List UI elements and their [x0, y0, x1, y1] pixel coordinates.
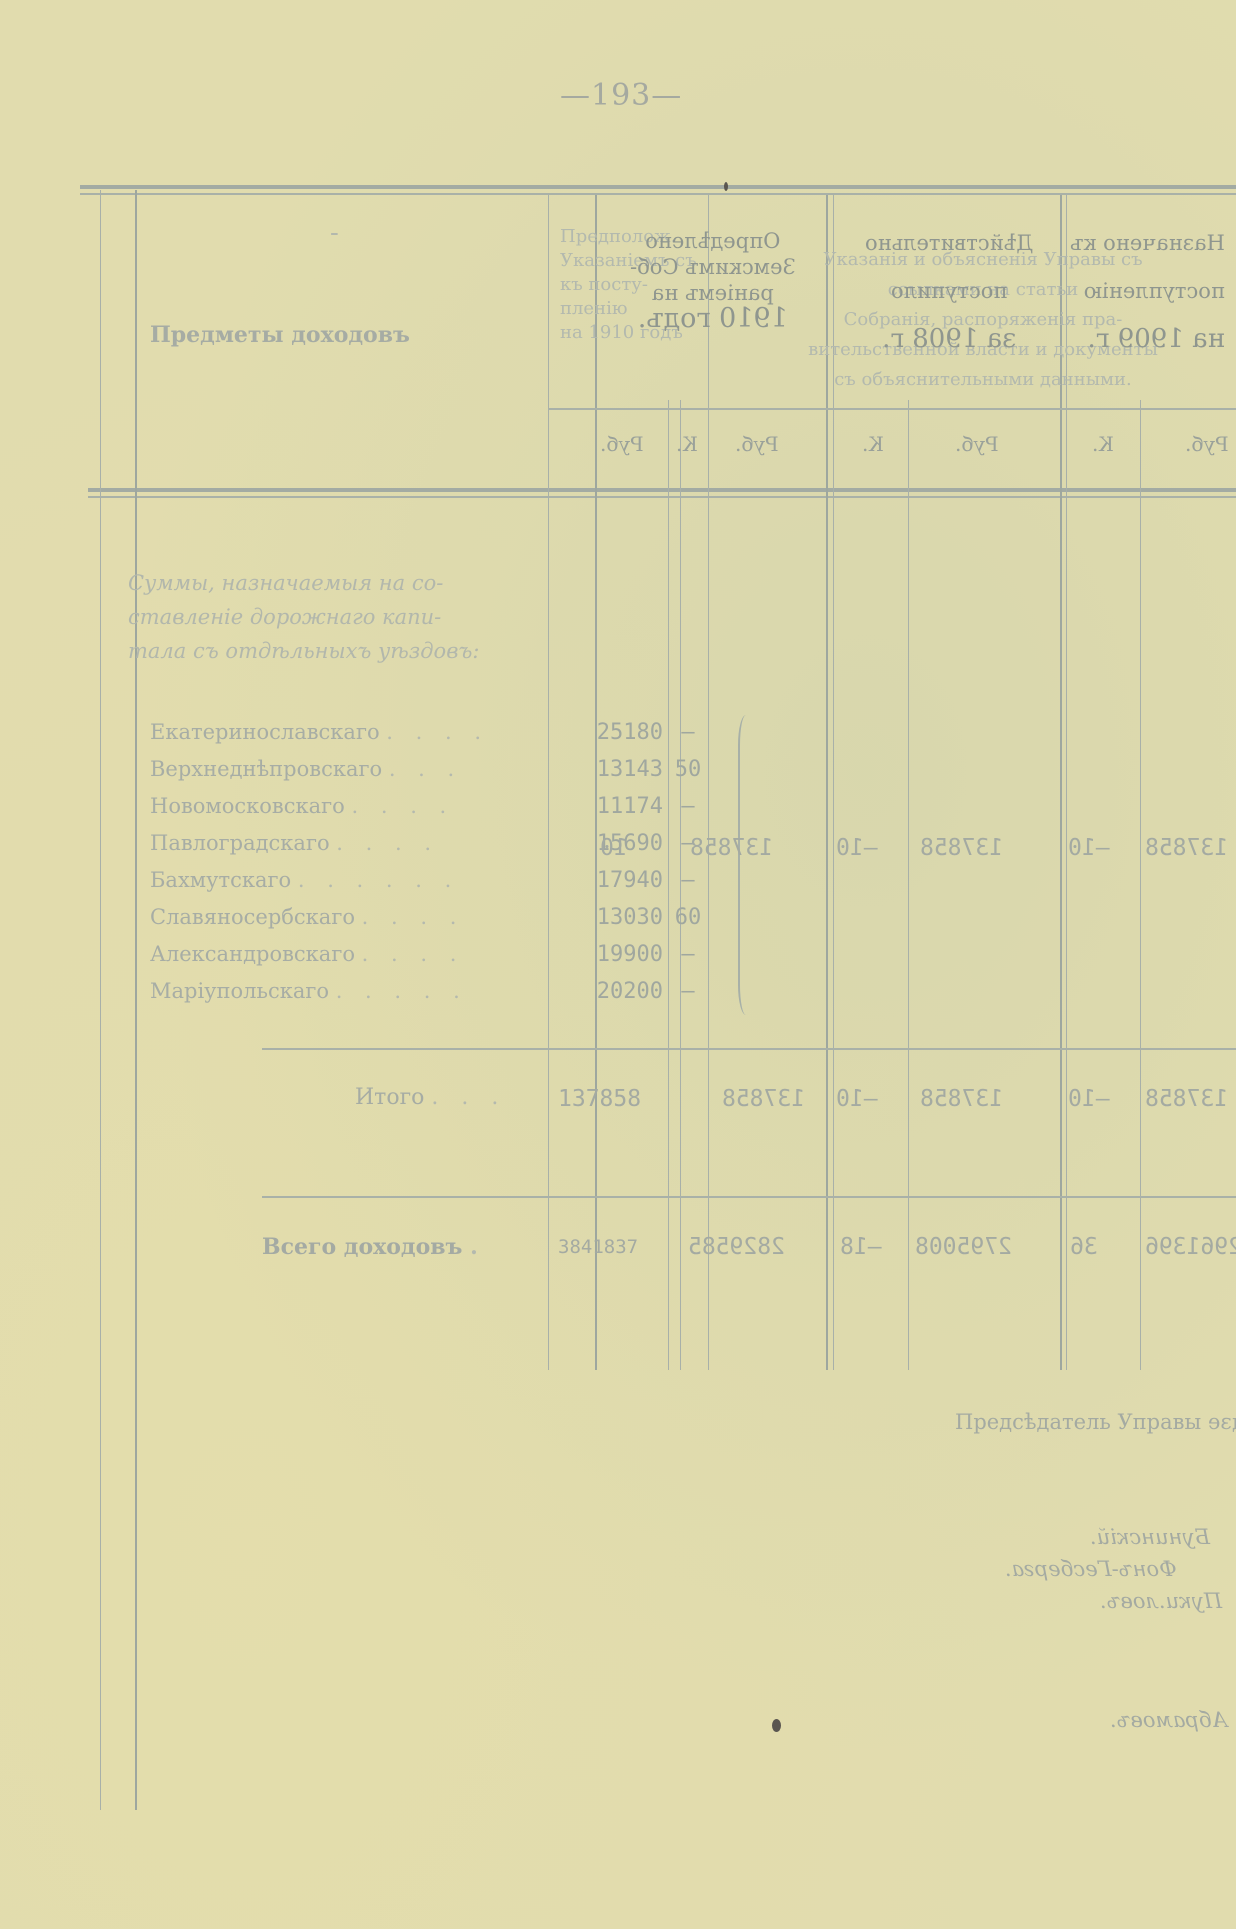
- header-line: за 1908 г.: [865, 326, 1033, 352]
- cell-kop-value: 10: [836, 1086, 864, 1112]
- secretary-name: Абрамовъ.: [1110, 1708, 1228, 1732]
- bracket-kop-estimate: 10: [600, 835, 628, 861]
- header-line: Дѣйствительно: [865, 230, 1033, 256]
- grand-assigned-kop: 36: [1070, 1234, 1098, 1260]
- signature-secretary: Абрамовъ.: [1110, 1708, 1228, 1732]
- header-line: Опредѣлено: [630, 228, 796, 254]
- grand-label: Всего доходовъ: [262, 1234, 462, 1260]
- page-number: —193—: [560, 78, 682, 113]
- total-actual-rub: 137858: [920, 1086, 1003, 1112]
- list-item: Славяносербскаго . . . .: [150, 899, 570, 936]
- district-name: Верхнеднѣпровскаго: [150, 757, 382, 781]
- header-bottom-rule-inner: [88, 496, 1236, 498]
- col-rule-7: [908, 400, 909, 1370]
- grand-actual-rub: 2795008: [915, 1234, 1012, 1260]
- cell-rub: 19900: [573, 936, 663, 973]
- cell-kop: —10: [1068, 1086, 1110, 1112]
- header-units-rule: [548, 408, 1236, 410]
- inner-left-rule: [135, 190, 137, 1810]
- district-list: Екатеринославскаго . . . . Верхнеднѣпров…: [150, 714, 570, 1010]
- header-estimate-text: Опредѣлено Земскимъ Соб- раніемъ на 1910…: [630, 228, 796, 332]
- total-assigned-kop: —10: [1068, 1086, 1110, 1112]
- cell-rub: 13143: [573, 751, 663, 788]
- grand-estimate-rub: 2829585: [688, 1234, 785, 1260]
- district-name: Славяносербскаго: [150, 905, 355, 929]
- total-actual-kop: —10: [836, 1086, 878, 1112]
- header-line: Земскимъ Соб-: [630, 254, 796, 280]
- cell-rub: 25180: [573, 714, 663, 751]
- bracket-rub-estimate: 137858: [690, 835, 773, 861]
- header-bottom-rule: [88, 488, 1236, 492]
- unit-actual-kop: К.: [862, 432, 884, 456]
- district-name: Екатеринославскаго: [150, 720, 380, 744]
- district-name: Александровскаго: [150, 942, 355, 966]
- unit-label: Руб.: [735, 432, 779, 456]
- cell-kop: —: [670, 714, 706, 751]
- header-assigned-text: Назначено къ поступленію на 1909 г.: [1070, 230, 1225, 352]
- grand-total-label: Всего доходовъ .: [262, 1234, 486, 1260]
- list-item: Бахмутскаго . . . . . .: [150, 862, 570, 899]
- cell-rub: 20200: [573, 973, 663, 1010]
- leader-dots: . . . . .: [336, 979, 468, 1003]
- table-top-rule: [80, 185, 1236, 189]
- list-item: Новомосковскаго . . . .: [150, 788, 570, 825]
- leader-dots: .: [470, 1234, 486, 1260]
- total-label: Итого: [355, 1085, 424, 1110]
- unit-label: К.: [1092, 432, 1114, 456]
- header-actual-text: Дѣйствительно поступило за 1908 г.: [865, 230, 1033, 352]
- district-name: Бахмутскаго: [150, 868, 291, 892]
- grand-items-value: 3841837: [558, 1236, 638, 1258]
- grand-total-rule: [262, 1196, 1236, 1198]
- unit-label: К.: [676, 432, 698, 456]
- header-assigned-1909: Назначено къ поступленію на 1909 г.: [1070, 230, 1236, 353]
- header-items-column: Предметы доходовъ: [150, 322, 410, 348]
- member-name: Пуки.ловъ.: [1100, 1589, 1222, 1613]
- list-item: Александровскаго . . . .: [150, 936, 570, 973]
- total-row-label: Итого . . .: [355, 1085, 506, 1110]
- header-estimate-1910: Опредѣлено Земскимъ Соб- раніемъ на 1910…: [600, 228, 825, 333]
- district-name: Павлоградскаго: [150, 831, 330, 855]
- list-item: Верхнеднѣпровскаго . . .: [150, 751, 570, 788]
- cell-rub: 137858: [1145, 1086, 1228, 1112]
- bracket-rub-assigned: 137858: [1145, 835, 1228, 861]
- signature-chairman: Предсѣдатель Управы Абдзе: [955, 1410, 1236, 1434]
- cell-kop: —: [670, 936, 706, 973]
- total-assigned-rub: 137858: [1145, 1086, 1228, 1112]
- header-items-label: Предметы доходовъ: [150, 322, 410, 348]
- member-name: Фонъ-Гесберга.: [1005, 1557, 1177, 1581]
- cell-rub: 137858: [920, 1086, 1003, 1112]
- grand-actual-kop: —18: [840, 1234, 882, 1260]
- total-items-rub: 137858: [558, 1086, 641, 1112]
- unit-assigned-kop: К.: [1092, 432, 1114, 456]
- member-name: Бунинскій.: [1090, 1525, 1210, 1549]
- col-rule-2: [668, 400, 669, 1370]
- cell-kop-value: 10: [836, 835, 864, 861]
- header-line: Назначено къ: [1070, 230, 1225, 256]
- showthrough-line: съ объяснительными данными.: [730, 368, 1236, 392]
- unit-label: Руб.: [955, 432, 999, 456]
- total-rule: [262, 1048, 1236, 1050]
- leader-dots: . . .: [389, 757, 462, 781]
- signature-member-3: Пуки.ловъ.: [1100, 1589, 1222, 1613]
- header-line: поступленію: [1070, 278, 1225, 304]
- leader-dots: . . . .: [336, 831, 439, 855]
- bracket-kop-actual: —10: [836, 835, 878, 861]
- chairman-title: Предсѣдатель Управы: [955, 1410, 1201, 1434]
- cell-kop: 50: [670, 751, 706, 788]
- list-item: Маріупольскаго . . . . .: [150, 973, 570, 1010]
- cell-kop: —18: [840, 1234, 882, 1260]
- cell-kop: —: [670, 862, 706, 899]
- signature-member-2: Фонъ-Гесберга.: [1005, 1557, 1177, 1581]
- cell-rub: 13030: [573, 899, 663, 936]
- header-line: 1910 годъ.: [630, 306, 796, 332]
- cell-kop: 36: [1070, 1234, 1098, 1260]
- cell-kop-value: 18: [840, 1234, 868, 1260]
- district-kop-values: — 50 — — — 60 — —: [670, 714, 706, 1010]
- unit-estimate-rub: Руб.: [735, 432, 779, 456]
- unit-label: К.: [862, 432, 884, 456]
- leader-dots: . . . .: [386, 720, 489, 744]
- signature-member-1: Бунинскій.: [1090, 1525, 1210, 1549]
- leader-dots: . . . . . .: [298, 868, 459, 892]
- cell-kop-value: 10: [1068, 835, 1096, 861]
- cell-kop: 10: [600, 835, 628, 861]
- ink-speck: [772, 1719, 781, 1732]
- cell-rub: 137858: [1145, 835, 1228, 861]
- leader-dots: . . .: [431, 1085, 506, 1110]
- grand-assigned-rub: 2961396: [1145, 1234, 1236, 1260]
- cell-kop-value: 10: [1068, 1086, 1096, 1112]
- ink-speck: [724, 182, 728, 191]
- cell-kop: —: [670, 973, 706, 1010]
- header-line: на 1909 г.: [1070, 326, 1225, 352]
- cell-kop: —10: [1068, 835, 1110, 861]
- col-rule-4: [708, 195, 709, 1370]
- list-item: Екатеринославскаго . . . .: [150, 714, 570, 751]
- header-line: поступило: [865, 278, 1033, 304]
- cell-rub: 2961396: [1145, 1234, 1236, 1260]
- unit-label: Руб.: [1185, 432, 1229, 456]
- cell-kop: 60: [670, 899, 706, 936]
- header-actual-1908: Дѣйствительно поступило за 1908 г.: [838, 230, 1060, 353]
- total-estimate-rub: 137858: [722, 1086, 805, 1112]
- cell-rub: 11174: [573, 788, 663, 825]
- list-item: Павлоградскаго . . . .: [150, 825, 570, 862]
- cell-rub: 137858: [690, 835, 773, 861]
- unit-showthrough-rub: Руб.: [600, 432, 644, 456]
- district-name: Маріупольскаго: [150, 979, 329, 1003]
- table-top-rule-inner: [80, 193, 1236, 195]
- cell-rub: 17940: [573, 862, 663, 899]
- cell-rub: 2829585: [688, 1234, 785, 1260]
- unit-actual-rub: Руб.: [955, 432, 999, 456]
- chairman-name: Абдзе: [1208, 1410, 1236, 1434]
- cell-kop: —: [670, 788, 706, 825]
- cell-rub: 137858: [920, 835, 1003, 861]
- cell-kop: —10: [836, 1086, 878, 1112]
- section-title: Суммы, назначаемыя на со- ставленіе доро…: [128, 566, 548, 668]
- cell-kop: —10: [836, 835, 878, 861]
- leader-dots: . . . .: [362, 942, 465, 966]
- district-rub-values: 25180 13143 11174 15690 17940 13030 1990…: [573, 714, 663, 1010]
- bracket-rub-actual: 137858: [920, 835, 1003, 861]
- cell-rub: 2795008: [915, 1234, 1012, 1260]
- leader-dots: . . . .: [362, 905, 465, 929]
- unit-label: Руб.: [600, 432, 644, 456]
- col-rule-10: [1140, 400, 1141, 1370]
- unit-assigned-rub: Руб.: [1185, 432, 1229, 456]
- outer-left-rule: [100, 190, 101, 1810]
- bracket-kop-assigned: —10: [1068, 835, 1110, 861]
- cell-rub: 137858: [722, 1086, 805, 1112]
- leader-dots: . . . .: [352, 794, 455, 818]
- district-name: Новомосковскаго: [150, 794, 345, 818]
- unit-showthrough-kop: К.: [676, 432, 698, 456]
- bracket: [738, 715, 754, 1015]
- header-mark: -: [330, 218, 339, 248]
